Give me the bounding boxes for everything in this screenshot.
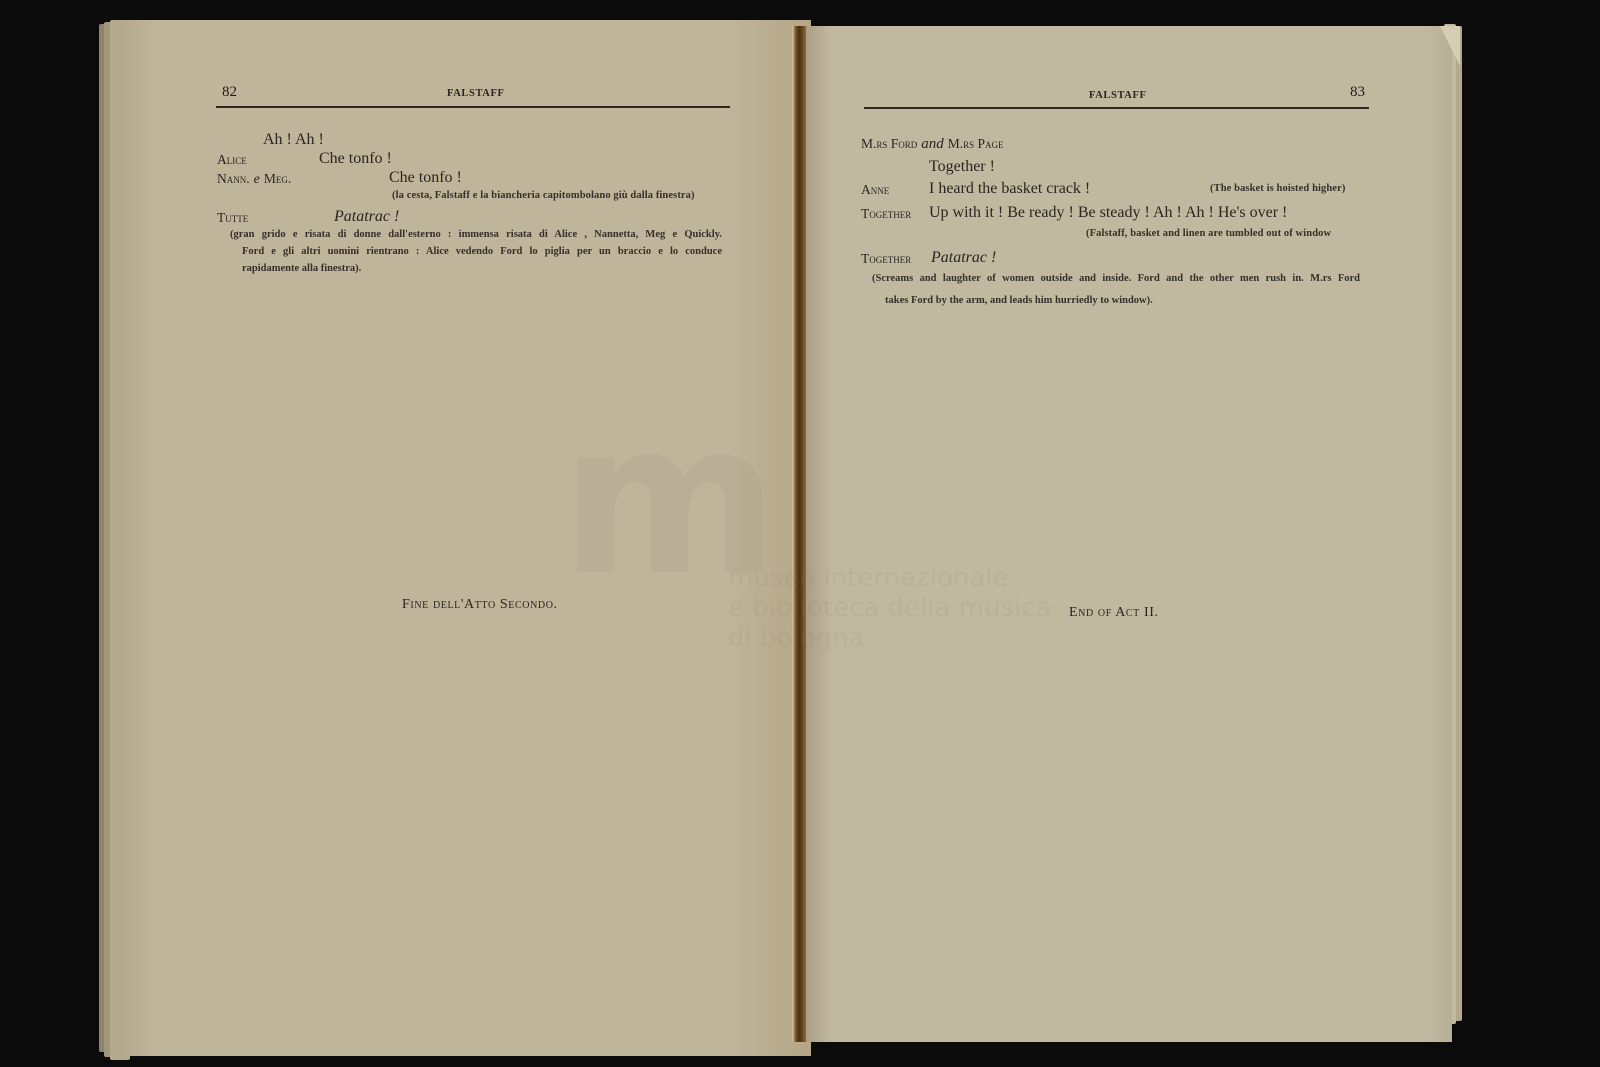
stage-direction-block: (Screams and laughter of women outside a… — [872, 268, 1360, 312]
stage-direction-line: (gran grido e risata di donne dall'ester… — [230, 226, 722, 243]
speaker-name: Together — [861, 206, 911, 221]
stage-direction-block: (gran grido e risata di donne dall'ester… — [230, 226, 722, 277]
open-book: 82 FALSTAFF Ah ! Ah ! Alice Che tonfo ! … — [0, 0, 1600, 1067]
lyric-line: Ah ! Ah ! — [263, 131, 324, 149]
speaker-name: Anne — [861, 182, 889, 197]
book-gutter — [792, 26, 806, 1042]
speaker-name: Meg. — [264, 171, 291, 186]
speaker-name: Alice — [217, 152, 247, 167]
stage-direction: (la cesta, Falstaff e la biancheria capi… — [392, 190, 695, 201]
stage-direction-line: takes Ford by the arm, and leads him hur… — [872, 290, 1360, 312]
lyric-text: I heard the basket crack ! — [929, 180, 1090, 198]
lyric-text: Che tonfo ! — [389, 169, 462, 187]
lyric-line: Tutte Patatrac ! — [217, 209, 248, 227]
lyric-text: Patatrac ! — [334, 208, 399, 226]
watermark-line: di bologna — [728, 623, 1051, 653]
end-of-act-title: Fine dell'Atto Secondo. — [402, 597, 558, 613]
right-page — [806, 26, 1452, 1042]
lyric-text: Che tonfo ! — [319, 150, 392, 168]
speaker-name: Nann. — [217, 171, 250, 186]
lyric-line: Together Patatrac ! — [861, 250, 911, 268]
speaker-name: Together — [861, 251, 911, 266]
watermark-line: museo internazionale — [728, 563, 1051, 593]
lyric-text: Together ! — [929, 158, 995, 175]
stage-direction-line: rapidamente alla finestra). — [230, 260, 722, 277]
running-head-right: FALSTAFF — [1089, 90, 1147, 101]
lyric-line: Nann. e Meg. Che tonfo ! — [217, 170, 291, 188]
stage-direction-line: (Screams and laughter of women outside a… — [872, 268, 1360, 290]
lyric-text: Up with it ! Be ready ! Be steady ! Ah !… — [929, 204, 1287, 222]
lyric-line: Anne I heard the basket crack ! (The bas… — [861, 181, 889, 199]
speaker-name: Tutte — [217, 210, 248, 225]
stage-direction-line: Ford e gli altri uomini rientrano : Alic… — [230, 243, 722, 260]
stage-direction: (Falstaff, basket and linen are tumbled … — [1086, 228, 1331, 239]
lyric-text: Ah ! Ah ! — [263, 131, 324, 148]
lyric-line: M.rs Ford and M.rs Page — [861, 135, 1004, 153]
lyric-line: Together Up with it ! Be ready ! Be stea… — [861, 205, 911, 223]
speaker-conjunction: e — [254, 172, 260, 187]
watermark-text: museo internazionale e biblioteca della … — [728, 563, 1051, 653]
watermark-line: e biblioteca della musica — [728, 593, 1051, 623]
speaker-name: M.rs Page — [948, 136, 1004, 151]
lyric-line: Together ! — [929, 158, 995, 176]
running-head-left: FALSTAFF — [447, 88, 505, 99]
header-rule-right — [864, 107, 1369, 109]
speaker-conjunction: and — [921, 136, 944, 152]
speaker-name: M.rs Ford — [861, 136, 917, 151]
lyric-text: Patatrac ! — [931, 249, 996, 267]
end-of-act-title: End of Act II. — [1069, 605, 1159, 621]
folded-corner — [1440, 26, 1460, 66]
lyric-line: Alice Che tonfo ! — [217, 151, 247, 169]
stage-direction: (The basket is hoisted higher) — [1210, 183, 1345, 194]
page-number-right: 83 — [1350, 84, 1365, 101]
page-number-left: 82 — [222, 84, 237, 101]
header-rule-left — [216, 106, 730, 108]
